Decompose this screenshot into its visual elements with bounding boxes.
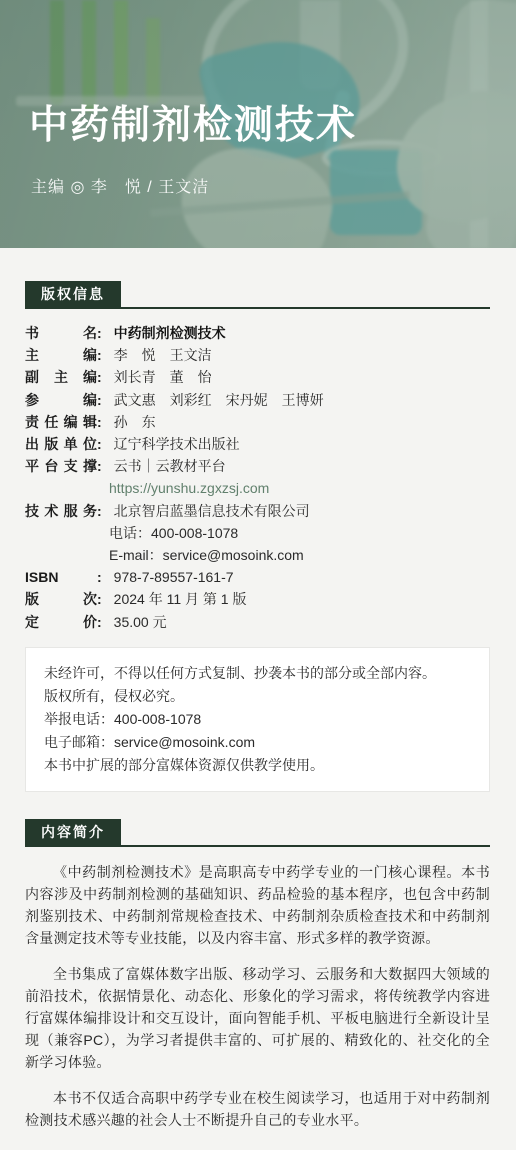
row-colon: : [97,411,102,433]
row-colon: : [97,344,102,366]
row-label: 定价 [25,611,97,633]
notice-line: 本书中扩展的部分富媒体资源仅供教学使用。 [44,755,471,776]
intro-paragraph: 《中药制剂检测技术》是高职高专中药学专业的一门核心课程。本书内容涉及中药制剂检测… [25,861,490,949]
row-label: ISBN [25,566,97,588]
row-label: 出版单位 [25,433,97,455]
page-content: 版权信息 书名: 中药制剂检测技术 主编: 李 悦 王文洁 副主编: 刘长青 董… [0,281,516,1131]
intro-section: 内容简介 《中药制剂检测技术》是高职高专中药学专业的一门核心课程。本书内容涉及中… [25,819,490,1131]
row-label [25,544,97,566]
row-label: 书名 [25,322,97,344]
row-colon: : [97,588,102,610]
copyright-section-title-badge: 版权信息 [25,281,121,307]
row-colon: : [97,611,102,633]
row-value: 2024 年 11 月 第 1 版 [114,588,247,610]
row-label: 副主编 [25,366,97,388]
row-colon: : [97,322,102,344]
row-platform: 平台支撑: 云书｜云教材平台 [25,455,490,477]
notice-line: 电子邮箱：service@mosoink.com [44,732,471,753]
row-price: 定价: 35.00 元 [25,611,490,633]
row-colon: : [97,455,102,477]
intro-paragraphs: 《中药制剂检测技术》是高职高专中药学专业的一门核心课程。本书内容涉及中药制剂检测… [25,861,490,1131]
copyright-rows: 书名: 中药制剂检测技术 主编: 李 悦 王文洁 副主编: 刘长青 董 怡 参编… [25,322,490,633]
row-book-name: 书名: 中药制剂检测技术 [25,322,490,344]
copyright-notice-box: 未经许可，不得以任何方式复制、抄袭本书的部分或全部内容。 版权所有，侵权必究。 … [25,647,490,792]
row-colon: : [97,566,102,588]
row-label: 参编 [25,389,97,411]
intro-section-title-badge: 内容简介 [25,819,121,845]
notice-line: 版权所有，侵权必究。 [44,686,471,707]
row-label: 责任编辑 [25,411,97,433]
book-detail-page: 中药制剂检测技术 主编 ◎ 李 悦 / 王文洁 版权信息 书名: 中药制剂检测技… [0,0,516,1150]
row-isbn: ISBN: 978-7-89557-161-7 [25,566,490,588]
row-value: 云书｜云教材平台 [114,455,226,477]
row-contributors: 参编: 武文惠 刘彩红 宋丹妮 王博妍 [25,389,490,411]
row-colon: : [97,500,102,522]
row-value: E-mail：service@mosoink.com [109,544,304,566]
row-value: 北京智启蓝墨信息技术有限公司 [114,500,310,522]
row-label: 主编 [25,344,97,366]
row-value: 978-7-89557-161-7 [114,566,234,588]
book-title: 中药制剂检测技术 [29,94,357,150]
row-colon: : [97,389,102,411]
row-value: 中药制剂检测技术 [114,322,226,344]
row-value: 孙 东 [114,411,156,433]
row-value: 35.00 元 [114,611,167,633]
intro-section-header: 内容简介 [25,819,490,847]
row-tech-service: 技术服务: 北京智启蓝墨信息技术有限公司 [25,500,490,522]
row-platform-url: https://yunshu.zgxzsj.com [25,477,490,499]
row-colon: : [97,433,102,455]
row-edition: 版次: 2024 年 11 月 第 1 版 [25,588,490,610]
platform-url-link[interactable]: https://yunshu.zgxzsj.com [109,480,269,496]
book-editors-line: 主编 ◎ 李 悦 / 王文洁 [31,174,209,197]
row-value: 电话：400-008-1078 [109,522,238,544]
row-label: 技术服务 [25,500,97,522]
row-label: 平台支撑 [25,455,97,477]
intro-paragraph: 全书集成了富媒体数字出版、移动学习、云服务和大数据四大领域的前沿技术，依据情景化… [25,963,490,1073]
notice-line: 举报电话：400-008-1078 [44,709,471,730]
row-tech-email: E-mail：service@mosoink.com [25,544,490,566]
row-publisher: 出版单位: 辽宁科学技术出版社 [25,433,490,455]
row-deputy-editor: 副主编: 刘长青 董 怡 [25,366,490,388]
row-managing-editor: 责任编辑: 孙 东 [25,411,490,433]
row-value: 辽宁科学技术出版社 [114,433,240,455]
intro-paragraph: 本书不仅适合高职中药学专业在校生阅读学习，也适用于对中药制剂检测技术感兴趣的社会… [25,1087,490,1131]
copyright-section: 版权信息 书名: 中药制剂检测技术 主编: 李 悦 王文洁 副主编: 刘长青 董… [25,281,490,792]
row-value: 武文惠 刘彩红 宋丹妮 王博妍 [114,389,324,411]
row-label [25,477,97,499]
row-tech-phone: 电话：400-008-1078 [25,522,490,544]
notice-line: 未经许可，不得以任何方式复制、抄袭本书的部分或全部内容。 [44,663,471,684]
row-colon: : [97,366,102,388]
row-value: 李 悦 王文洁 [114,344,212,366]
row-value: 刘长青 董 怡 [114,366,212,388]
copyright-section-header: 版权信息 [25,281,490,309]
book-cover-header: 中药制剂检测技术 主编 ◎ 李 悦 / 王文洁 [0,0,516,248]
row-chief-editor: 主编: 李 悦 王文洁 [25,344,490,366]
row-label: 版次 [25,588,97,610]
row-label [25,522,97,544]
